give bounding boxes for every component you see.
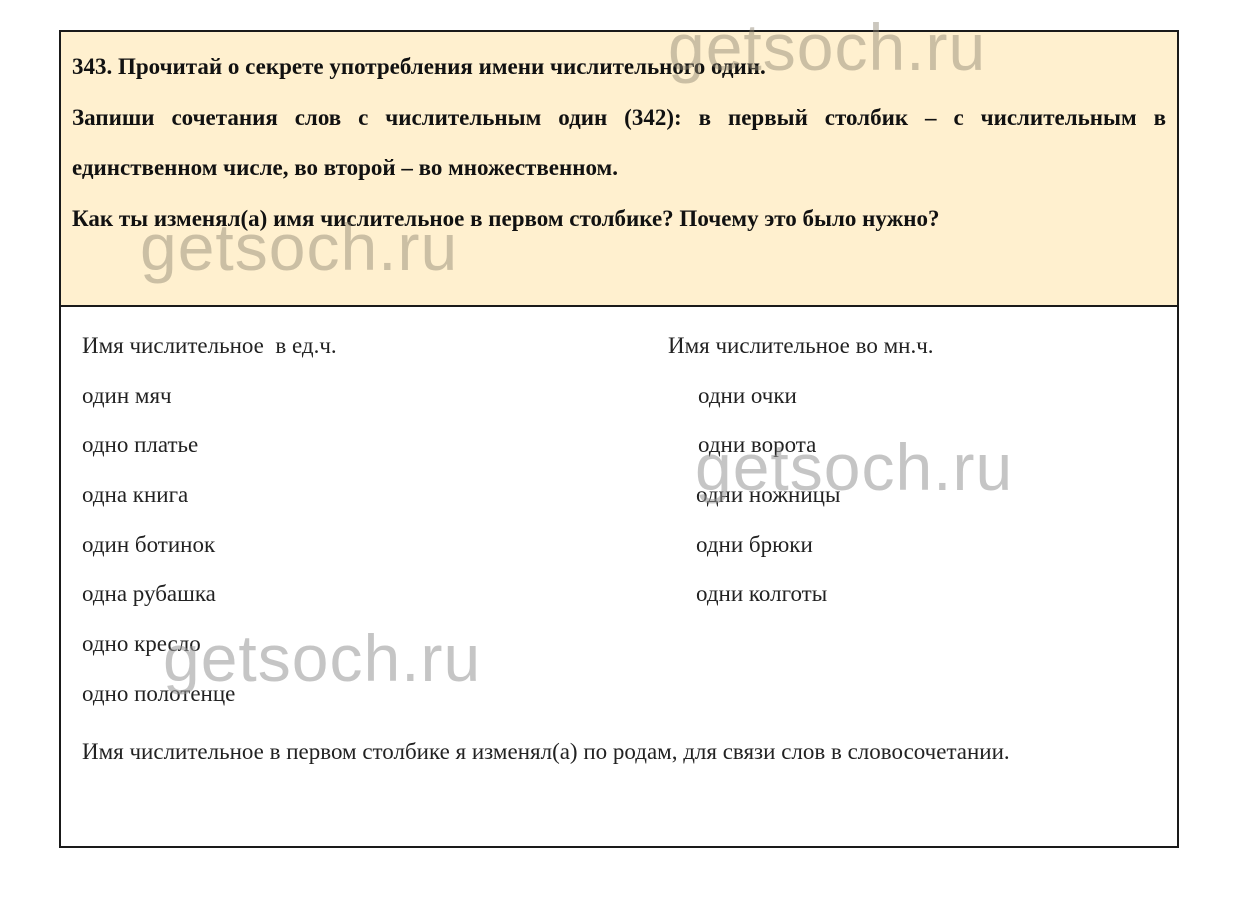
singular-column: Имя числительное в ед.ч. один мяч одно п… [82,329,337,727]
list-item: одни ножницы [668,478,934,528]
list-item: одно кресло [82,627,337,677]
task-title: 343. Прочитай о секрете употребления име… [72,42,1166,93]
list-item: один ботинок [82,528,337,578]
task-statement: 343. Прочитай о секрете употребления име… [61,32,1177,307]
list-item: одна рубашка [82,577,337,627]
list-item: одно полотенце [82,677,337,727]
task-instruction: Запиши сочетания слов с числительным оди… [72,93,1166,194]
task-question: Как ты изменял(а) имя числительное в пер… [72,194,1166,245]
exercise-sheet: 343. Прочитай о секрете употребления име… [59,30,1179,848]
plural-column: Имя числительное во мн.ч. одни очки одни… [668,329,934,627]
list-item: одни брюки [668,528,934,578]
answer-section: Имя числительное в ед.ч. один мяч одно п… [61,307,1177,846]
singular-header: Имя числительное в ед.ч. [82,329,337,379]
list-item: один мяч [82,379,337,429]
plural-header: Имя числительное во мн.ч. [668,329,934,379]
list-item: одни очки [668,379,934,429]
answer-conclusion: Имя числительное в первом столбике я изм… [82,727,1165,777]
list-item: одни колготы [668,577,934,627]
list-item: одна книга [82,478,337,528]
list-item: одно платье [82,428,337,478]
list-item: одни ворота [668,428,934,478]
